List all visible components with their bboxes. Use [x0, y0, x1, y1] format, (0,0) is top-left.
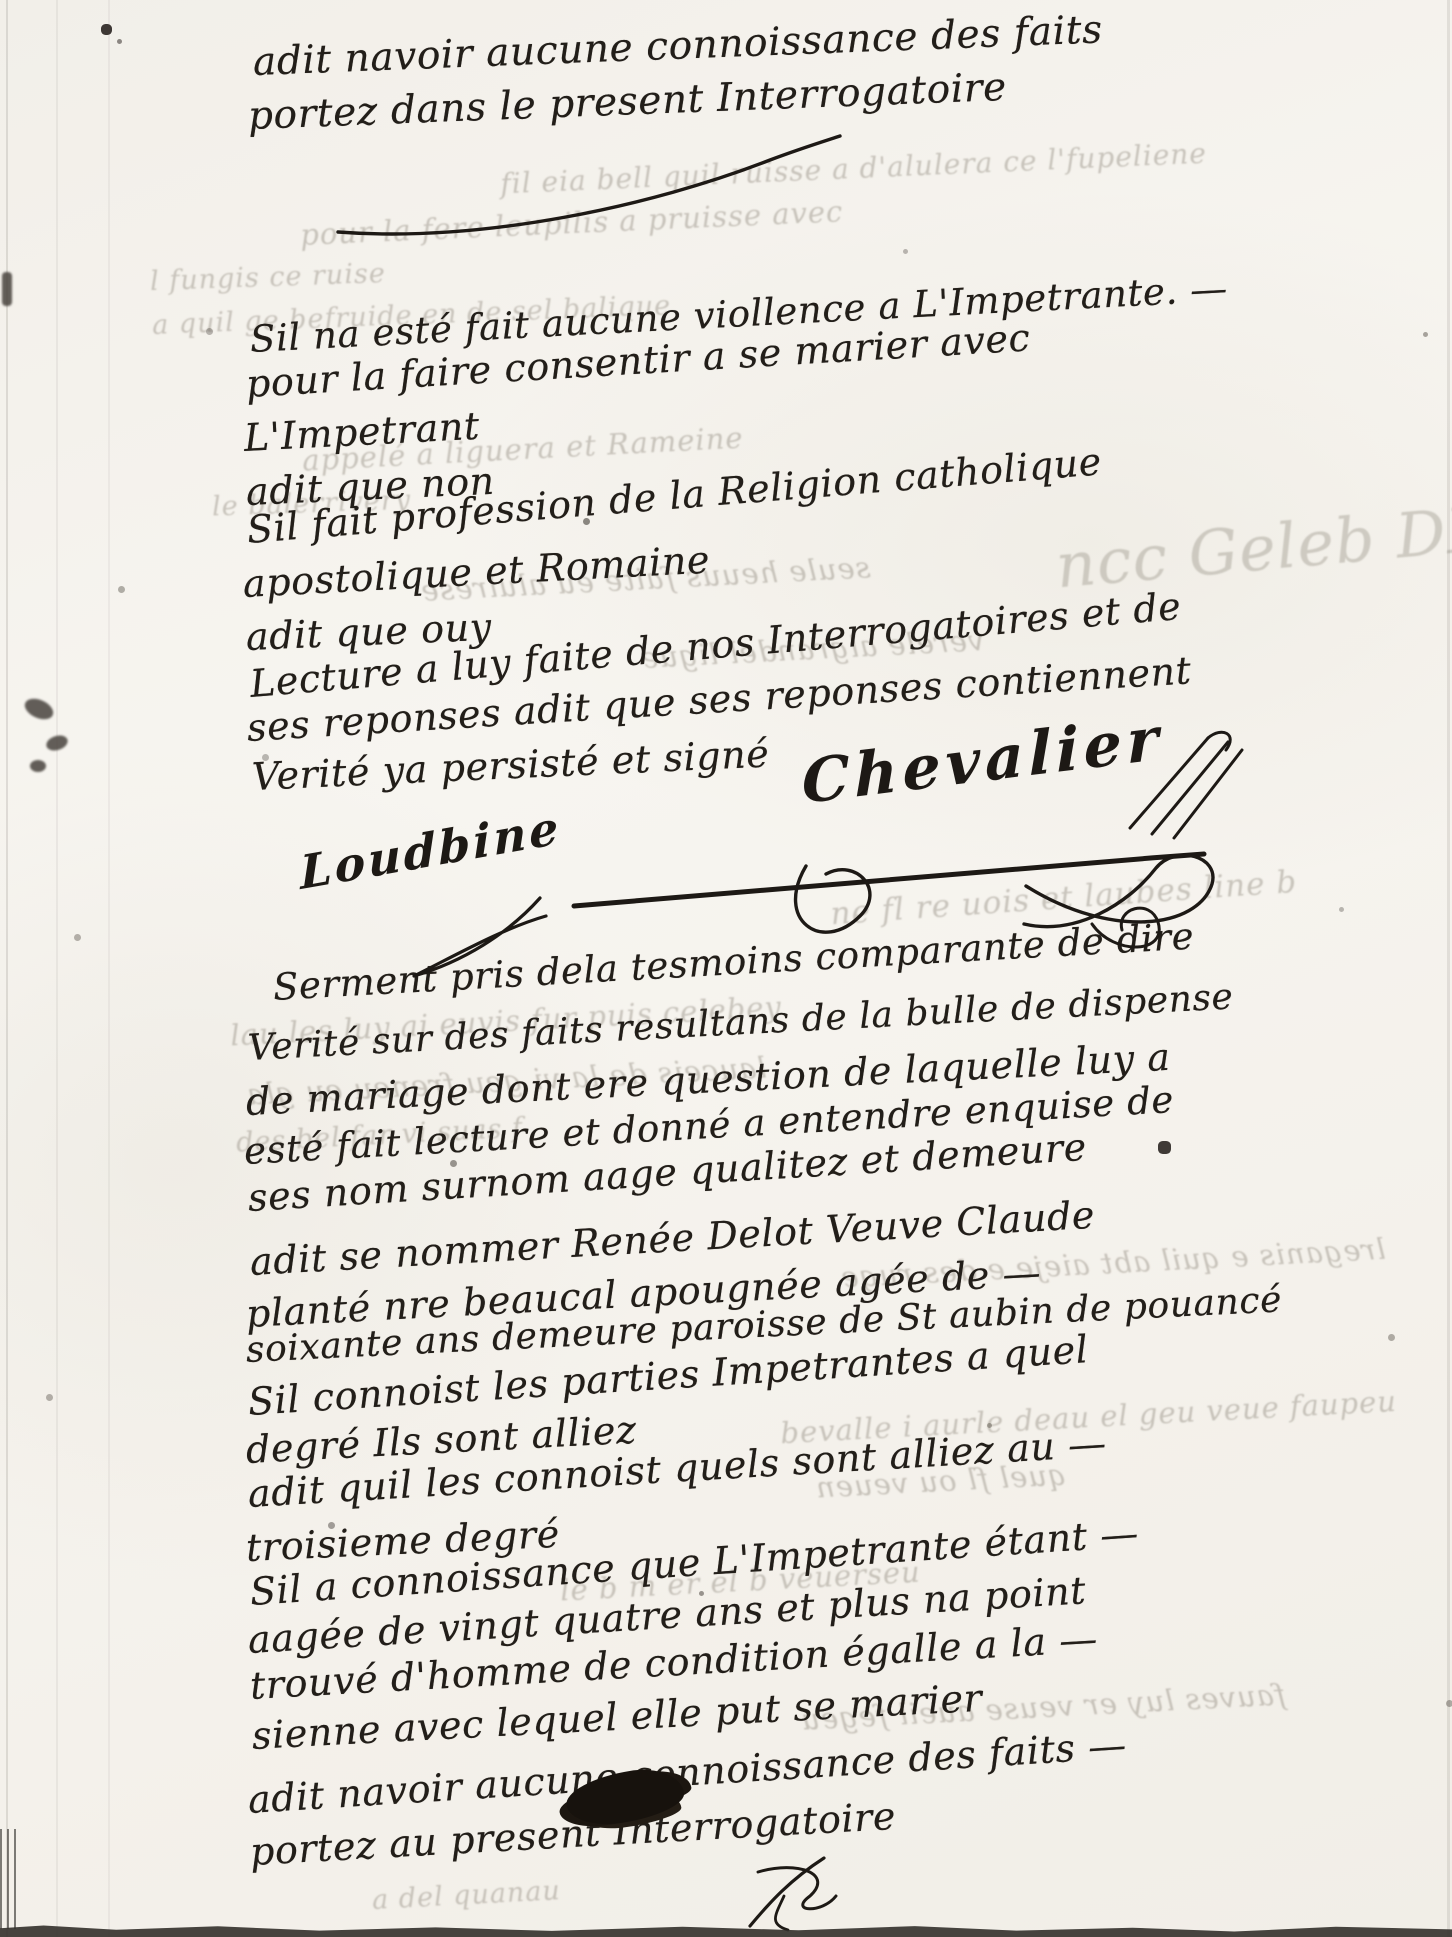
- signature-chevalier: Chevalier: [801, 703, 1163, 818]
- scan-streak: [56, 0, 58, 1937]
- scan-streak: [108, 0, 110, 1937]
- left-edge-smudge: [30, 760, 46, 772]
- left-edge-smudge: [22, 695, 57, 724]
- bottom-left-streaks: [0, 1829, 18, 1929]
- paper-speckles: [0, 0, 3, 3]
- bleedthrough-line: l fungis ce ruise: [150, 258, 387, 297]
- scan-streak: [1447, 0, 1450, 1937]
- chevalier-underline-flourish: [556, 828, 1266, 998]
- left-edge-smudge: [44, 733, 69, 753]
- bleedthrough-line: a del quanau: [371, 1875, 561, 1916]
- scan-bottom-edge: [0, 1921, 1452, 1937]
- manuscript-page: fil eia bell quil ruisse a d'alulera ce …: [0, 0, 1452, 1937]
- bleedthrough-swash: ncc Geleb DNE: [1053, 487, 1452, 603]
- separator-flourish-curve: [332, 126, 847, 244]
- loudbine-flourish: [286, 842, 586, 982]
- left-edge-smudge: [2, 272, 12, 306]
- closing-paraph: [728, 1852, 883, 1934]
